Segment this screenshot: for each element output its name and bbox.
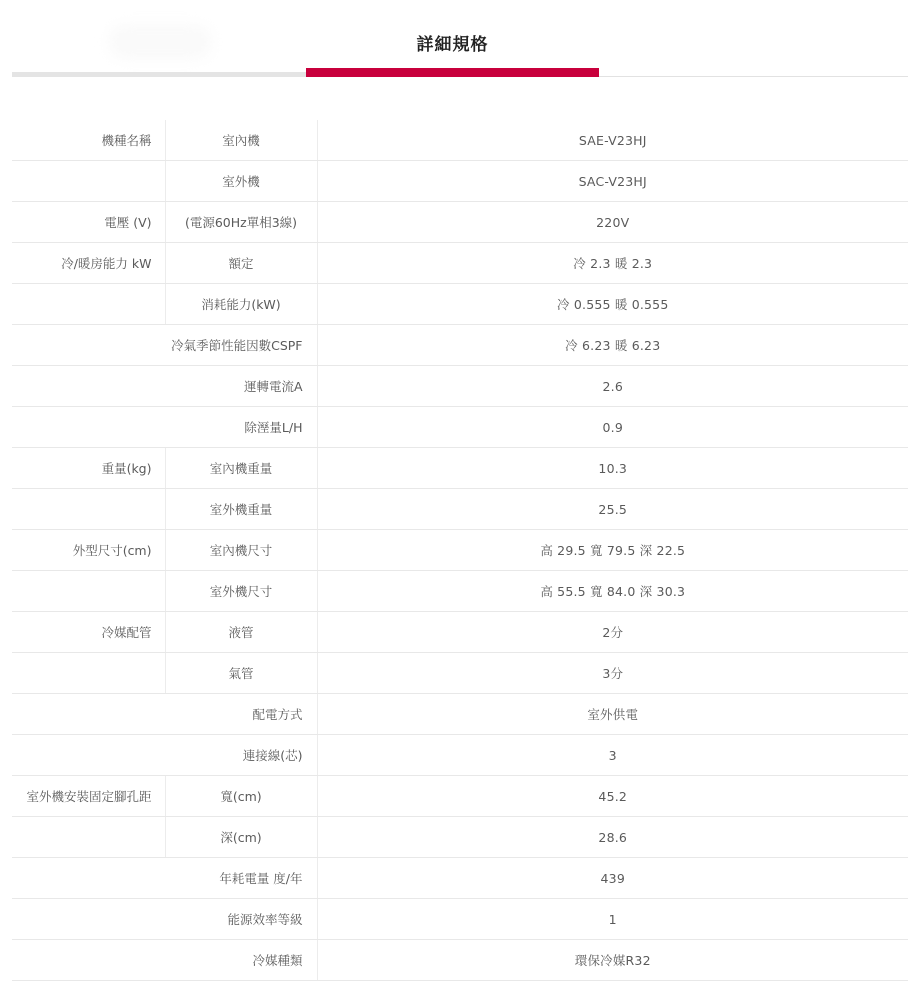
table-row: 深(cm) 28.6 xyxy=(12,817,908,858)
spec-value: 冷 2.3 暖 2.3 xyxy=(317,243,908,284)
tab-detailed-specs[interactable]: 詳細規格 xyxy=(306,30,599,55)
table-row: 冷媒種類 環保冷媒R32 xyxy=(12,940,908,981)
spec-item-label: 室外機 xyxy=(165,161,317,202)
spec-value: 45.2 xyxy=(317,776,908,817)
tab-divider-line xyxy=(599,76,908,77)
spec-value: 220V xyxy=(317,202,908,243)
spec-item-label: 氣管 xyxy=(165,653,317,694)
spec-label: 運轉電流A xyxy=(12,366,317,407)
spec-value: 10.3 xyxy=(317,448,908,489)
spec-group-label xyxy=(12,653,165,694)
spec-value: 室外供電 xyxy=(317,694,908,735)
spec-value: 高 29.5 寬 79.5 深 22.5 xyxy=(317,530,908,571)
spec-group-label: 室外機安裝固定腳孔距 xyxy=(12,776,165,817)
spec-value: 1 xyxy=(317,899,908,940)
table-row: 室外機尺寸 高 55.5 寬 84.0 深 30.3 xyxy=(12,571,908,612)
spec-value: 2分 xyxy=(317,612,908,653)
spec-group-label: 冷/暖房能力 kW xyxy=(12,243,165,284)
spec-value: 3 xyxy=(317,735,908,776)
table-row: 電壓 (V) (電源60Hz單相3線) 220V xyxy=(12,202,908,243)
table-row: 配電方式 室外供電 xyxy=(12,694,908,735)
spec-label: 冷媒種類 xyxy=(12,940,317,981)
table-row: 連接線(芯) 3 xyxy=(12,735,908,776)
table-row: 外型尺寸(cm) 室內機尺寸 高 29.5 寬 79.5 深 22.5 xyxy=(12,530,908,571)
table-row: 氣管 3分 xyxy=(12,653,908,694)
spec-label: 連接線(芯) xyxy=(12,735,317,776)
table-row: 冷/暖房能力 kW 額定 冷 2.3 暖 2.3 xyxy=(12,243,908,284)
spec-group-label: 電壓 (V) xyxy=(12,202,165,243)
spec-label: 配電方式 xyxy=(12,694,317,735)
spec-group-label: 外型尺寸(cm) xyxy=(12,530,165,571)
spec-item-label: (電源60Hz單相3線) xyxy=(165,202,317,243)
spec-value: 高 55.5 寬 84.0 深 30.3 xyxy=(317,571,908,612)
table-row: 室外機安裝固定腳孔距 寬(cm) 45.2 xyxy=(12,776,908,817)
spec-table: 機種名稱 室內機 SAE-V23HJ 室外機 SAC-V23HJ 電壓 (V) … xyxy=(12,120,908,981)
spec-value: 0.9 xyxy=(317,407,908,448)
spec-group-label xyxy=(12,817,165,858)
table-row: 冷媒配管 液管 2分 xyxy=(12,612,908,653)
tab-indicator-active xyxy=(306,68,599,77)
spec-value: SAE-V23HJ xyxy=(317,120,908,161)
spec-group-label xyxy=(12,571,165,612)
table-row: 運轉電流A 2.6 xyxy=(12,366,908,407)
spec-item-label: 室內機重量 xyxy=(165,448,317,489)
inactive-tab-ghost xyxy=(108,24,212,60)
spec-item-label: 室外機尺寸 xyxy=(165,571,317,612)
table-row: 除溼量L/H 0.9 xyxy=(12,407,908,448)
table-row: 能源效率等級 1 xyxy=(12,899,908,940)
spec-value: 3分 xyxy=(317,653,908,694)
table-row: 室外機重量 25.5 xyxy=(12,489,908,530)
tab-header: 詳細規格 xyxy=(0,0,908,80)
table-row: 冷氣季節性能因數CSPF 冷 6.23 暖 6.23 xyxy=(12,325,908,366)
spec-group-label xyxy=(12,284,165,325)
spec-group-label: 機種名稱 xyxy=(12,120,165,161)
spec-value: 環保冷媒R32 xyxy=(317,940,908,981)
spec-value: 439 xyxy=(317,858,908,899)
spec-item-label: 液管 xyxy=(165,612,317,653)
table-row: 年耗電量 度/年 439 xyxy=(12,858,908,899)
spec-value: 2.6 xyxy=(317,366,908,407)
spec-value: 冷 6.23 暖 6.23 xyxy=(317,325,908,366)
spec-item-label: 室內機尺寸 xyxy=(165,530,317,571)
spec-label: 年耗電量 度/年 xyxy=(12,858,317,899)
spec-label: 能源效率等級 xyxy=(12,899,317,940)
spec-item-label: 消耗能力(kW) xyxy=(165,284,317,325)
table-row: 室外機 SAC-V23HJ xyxy=(12,161,908,202)
spec-value: 25.5 xyxy=(317,489,908,530)
spec-group-label xyxy=(12,161,165,202)
spec-group-label: 冷媒配管 xyxy=(12,612,165,653)
spec-value: SAC-V23HJ xyxy=(317,161,908,202)
spec-item-label: 額定 xyxy=(165,243,317,284)
spec-value: 28.6 xyxy=(317,817,908,858)
spec-label: 除溼量L/H xyxy=(12,407,317,448)
table-row: 機種名稱 室內機 SAE-V23HJ xyxy=(12,120,908,161)
spec-value: 冷 0.555 暖 0.555 xyxy=(317,284,908,325)
spec-item-label: 室外機重量 xyxy=(165,489,317,530)
table-row: 消耗能力(kW) 冷 0.555 暖 0.555 xyxy=(12,284,908,325)
tab-indicator-inactive xyxy=(12,72,306,77)
spec-item-label: 深(cm) xyxy=(165,817,317,858)
spec-item-label: 寬(cm) xyxy=(165,776,317,817)
table-row: 重量(kg) 室內機重量 10.3 xyxy=(12,448,908,489)
spec-item-label: 室內機 xyxy=(165,120,317,161)
spec-label: 冷氣季節性能因數CSPF xyxy=(12,325,317,366)
spec-group-label: 重量(kg) xyxy=(12,448,165,489)
spec-group-label xyxy=(12,489,165,530)
